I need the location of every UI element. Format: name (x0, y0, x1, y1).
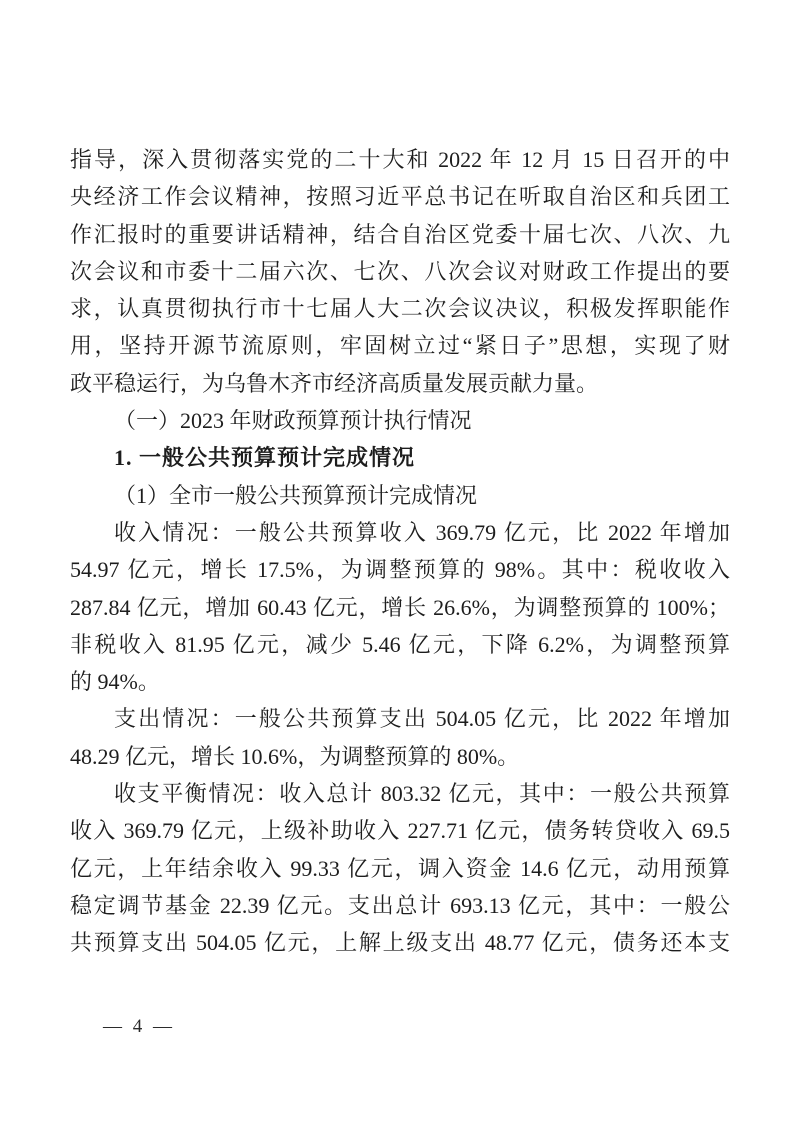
text-line: 收支平衡情况：收入总计 803.32 亿元，其中：一般公共预算 (70, 775, 730, 812)
numbered-heading-text: 1. 一般公共预算预计完成情况 (70, 439, 730, 476)
text-line: 用，坚持开源节流原则，牢固树立过“紧日子”思想，实现了财 (70, 327, 730, 364)
text-line: 政平稳运行，为乌鲁木齐市经济高质量发展贡献力量。 (70, 365, 730, 402)
sub-numbered-heading-text: （1）全市一般公共预算预计完成情况 (70, 477, 730, 514)
text-line: 支出情况：一般公共预算支出 504.05 亿元，比 2022 年增加 (70, 700, 730, 737)
text-line: 作汇报时的重要讲话精神，结合自治区党委十届七次、八次、九 (70, 216, 730, 253)
section-heading-text: （一）2023 年财政预算预计执行情况 (70, 402, 730, 439)
document-page: 指导，深入贯彻落实党的二十大和 2022 年 12 月 15 日召开的中 央经济… (0, 0, 793, 1122)
text-line: 求，认真贯彻执行市十七届人大二次会议决议，积极发挥职能作 (70, 290, 730, 327)
paragraph-revenue: 收入情况：一般公共预算收入 369.79 亿元，比 2022 年增加 54.97… (70, 514, 730, 700)
sub-numbered-heading: （1）全市一般公共预算预计完成情况 (70, 477, 730, 514)
text-line: 收入情况：一般公共预算收入 369.79 亿元，比 2022 年增加 (70, 514, 730, 551)
text-line: 非税收入 81.95 亿元，减少 5.46 亿元，下降 6.2%，为调整预算 (70, 626, 730, 663)
text-line: 48.29 亿元，增长 10.6%，为调整预算的 80%。 (70, 738, 730, 775)
text-line: 亿元，上年结余收入 99.33 亿元，调入资金 14.6 亿元，动用预算 (70, 850, 730, 887)
text-line: 54.97 亿元，增长 17.5%，为调整预算的 98%。其中：税收收入 (70, 551, 730, 588)
paragraph-balance: 收支平衡情况：收入总计 803.32 亿元，其中：一般公共预算 收入 369.7… (70, 775, 730, 961)
text-line: 央经济工作会议精神，按照习近平总书记在听取自治区和兵团工 (70, 178, 730, 215)
document-body: 指导，深入贯彻落实党的二十大和 2022 年 12 月 15 日召开的中 央经济… (70, 141, 730, 962)
paragraph-continuation: 指导，深入贯彻落实党的二十大和 2022 年 12 月 15 日召开的中 央经济… (70, 141, 730, 402)
text-line: 收入 369.79 亿元，上级补助收入 227.71 亿元，债务转贷收入 69.… (70, 812, 730, 849)
text-line: 指导，深入贯彻落实党的二十大和 2022 年 12 月 15 日召开的中 (70, 141, 730, 178)
text-line: 287.84 亿元，增加 60.43 亿元，增长 26.6%，为调整预算的 10… (70, 589, 730, 626)
text-line: 稳定调节基金 22.39 亿元。支出总计 693.13 亿元，其中：一般公 (70, 887, 730, 924)
page-number: — 4 — (103, 1016, 175, 1038)
paragraph-expenditure: 支出情况：一般公共预算支出 504.05 亿元，比 2022 年增加 48.29… (70, 700, 730, 775)
section-heading: （一）2023 年财政预算预计执行情况 (70, 402, 730, 439)
text-line: 的 94%。 (70, 663, 730, 700)
numbered-heading: 1. 一般公共预算预计完成情况 (70, 439, 730, 476)
text-line: 共预算支出 504.05 亿元，上解上级支出 48.77 亿元，债务还本支 (70, 924, 730, 961)
text-line: 次会议和市委十二届六次、七次、八次会议对财政工作提出的要 (70, 253, 730, 290)
